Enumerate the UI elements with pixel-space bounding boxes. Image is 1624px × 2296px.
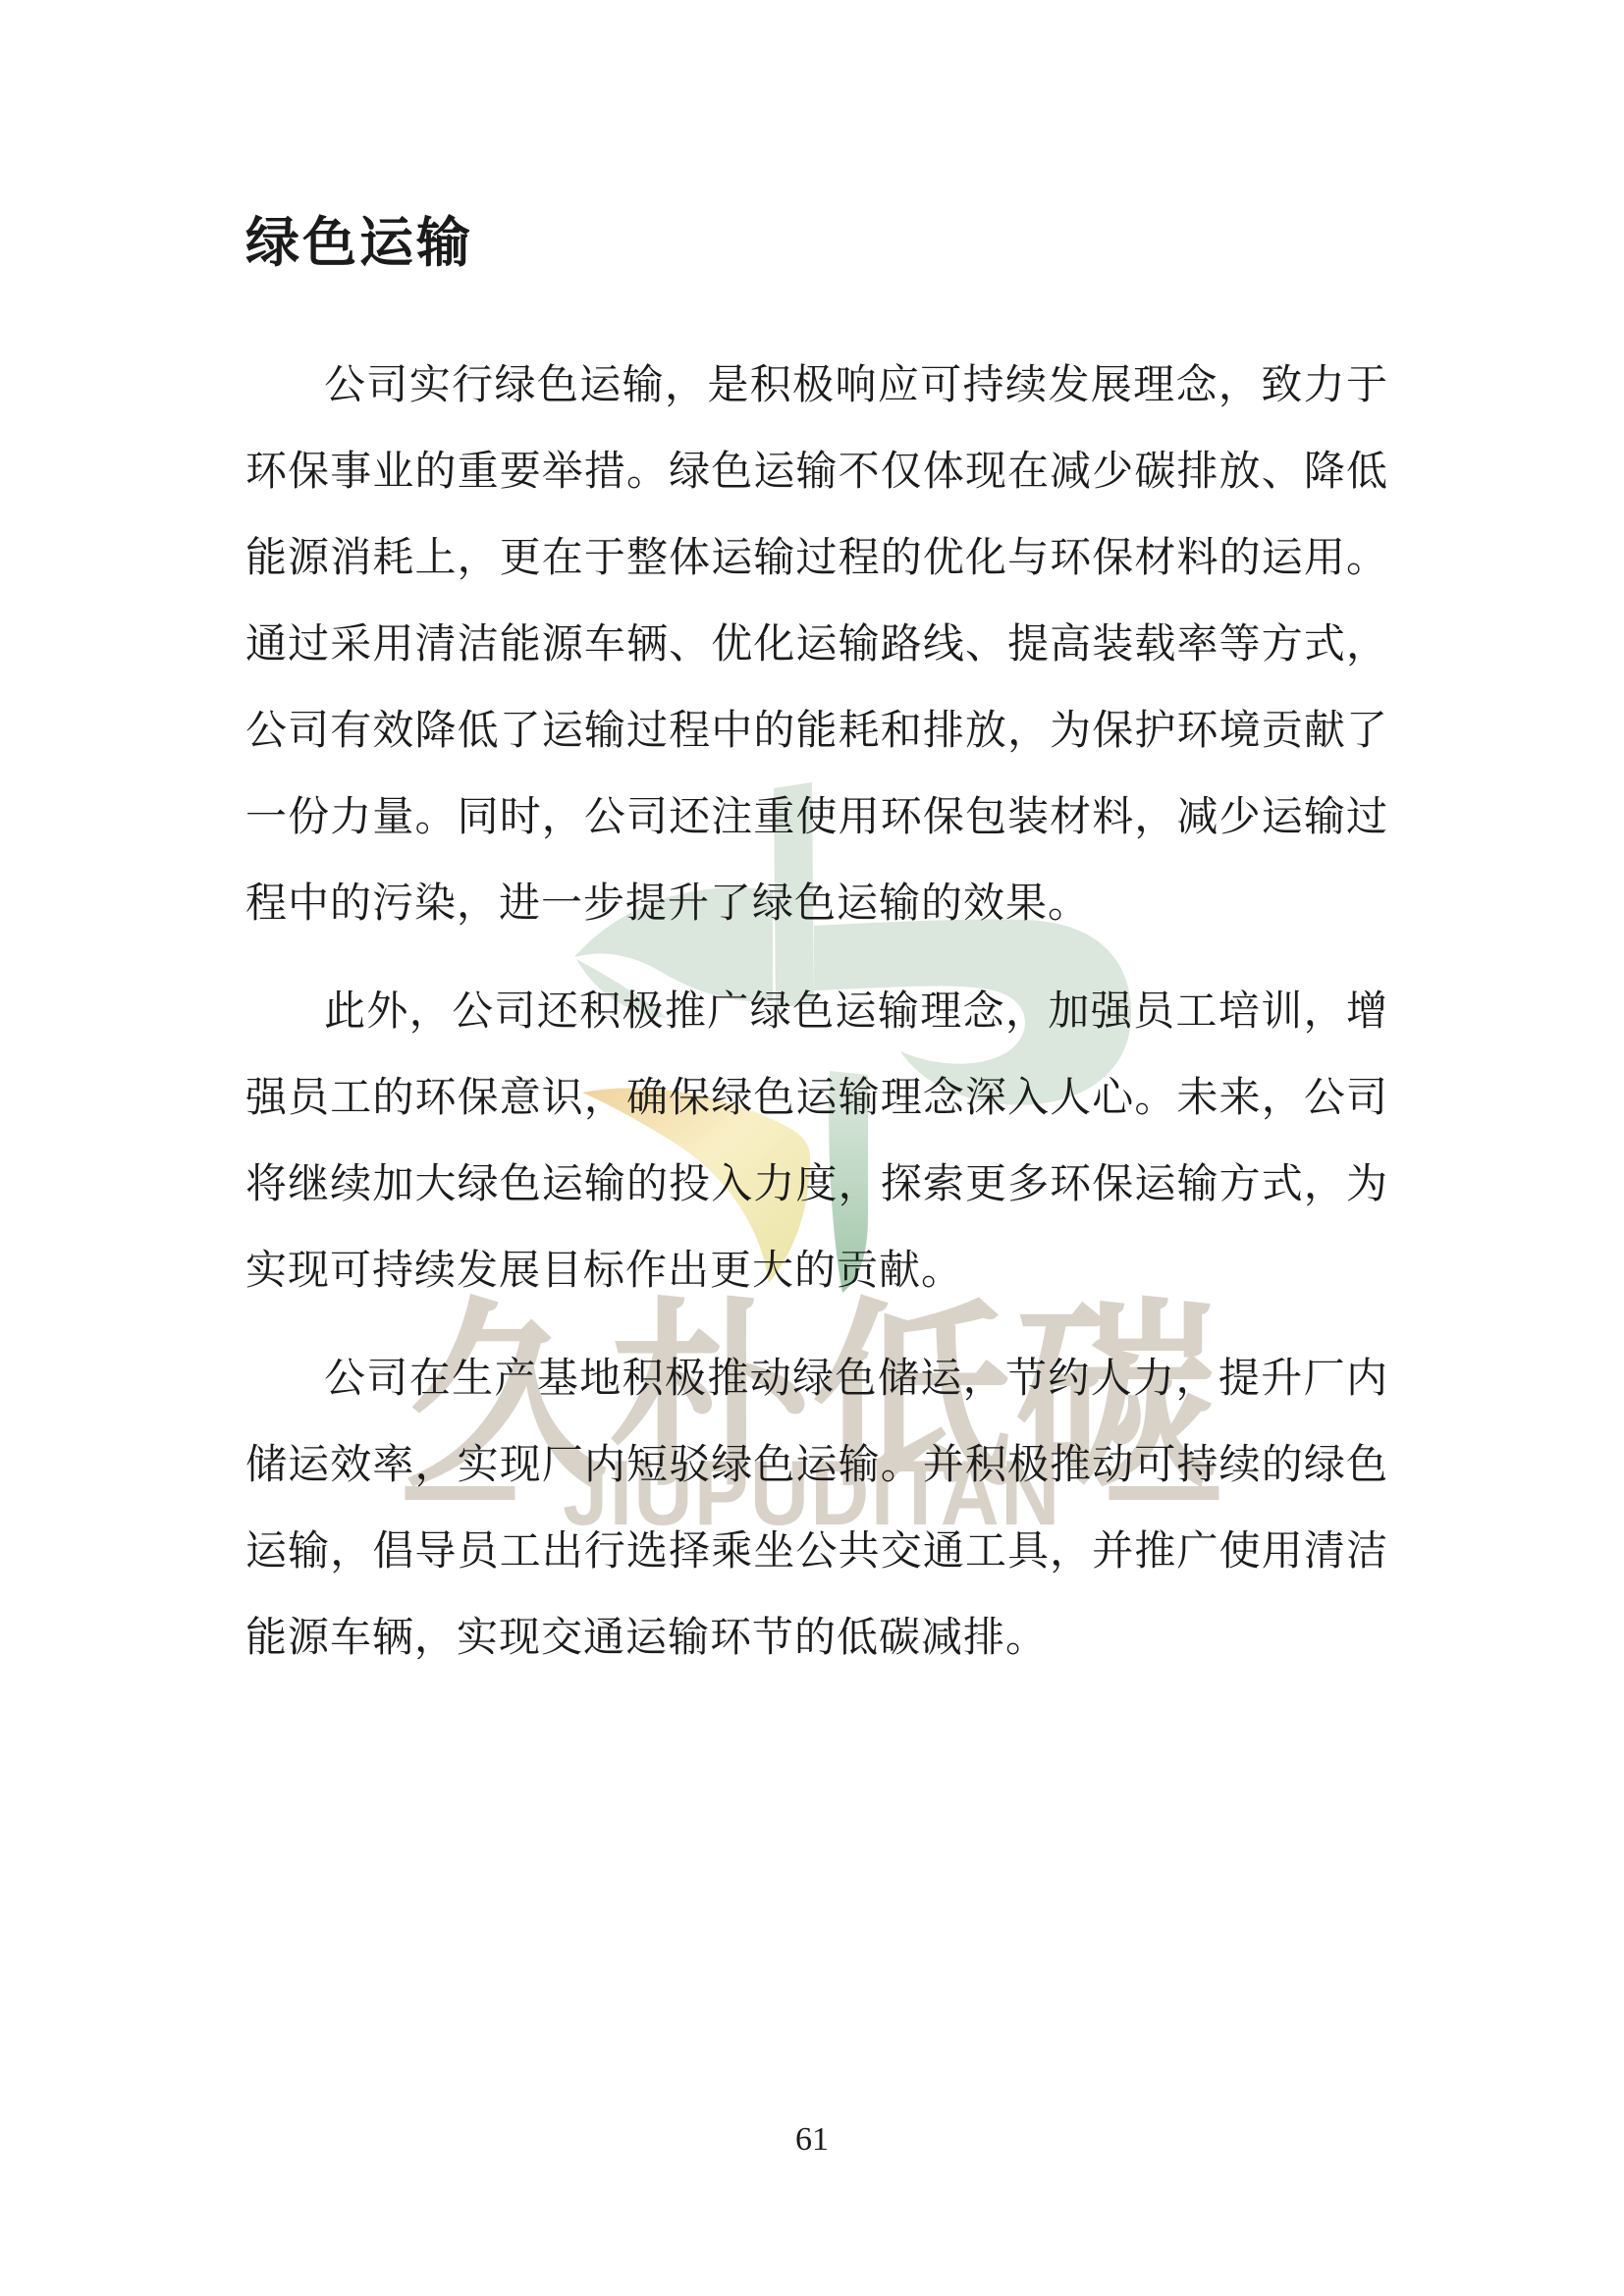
document-content: 绿色运输 公司实行绿色运输，是积极响应可持续发展理念，致力于环保事业的重要举措。… [0, 216, 1388, 1682]
body-paragraph-2: 此外，公司还积极推广绿色运输理念，加强员工培训，增强员工的环保意识，确保绿色运输… [245, 969, 1388, 1314]
section-heading: 绿色运输 [245, 216, 1388, 270]
page-number: 61 [0, 2120, 1624, 2161]
body-paragraph-3: 公司在生产基地积极推动绿色储运，节约人力，提升厂内储运效率，实现厂内短驳绿色运输… [245, 1336, 1388, 1682]
document-page: 久朴低碳 JIUPUDITAN 绿色运输 公司实行绿色运输，是积极响应可持续发展… [0, 0, 1624, 2296]
body-paragraph-1: 公司实行绿色运输，是积极响应可持续发展理念，致力于环保事业的重要举措。绿色运输不… [245, 343, 1388, 947]
